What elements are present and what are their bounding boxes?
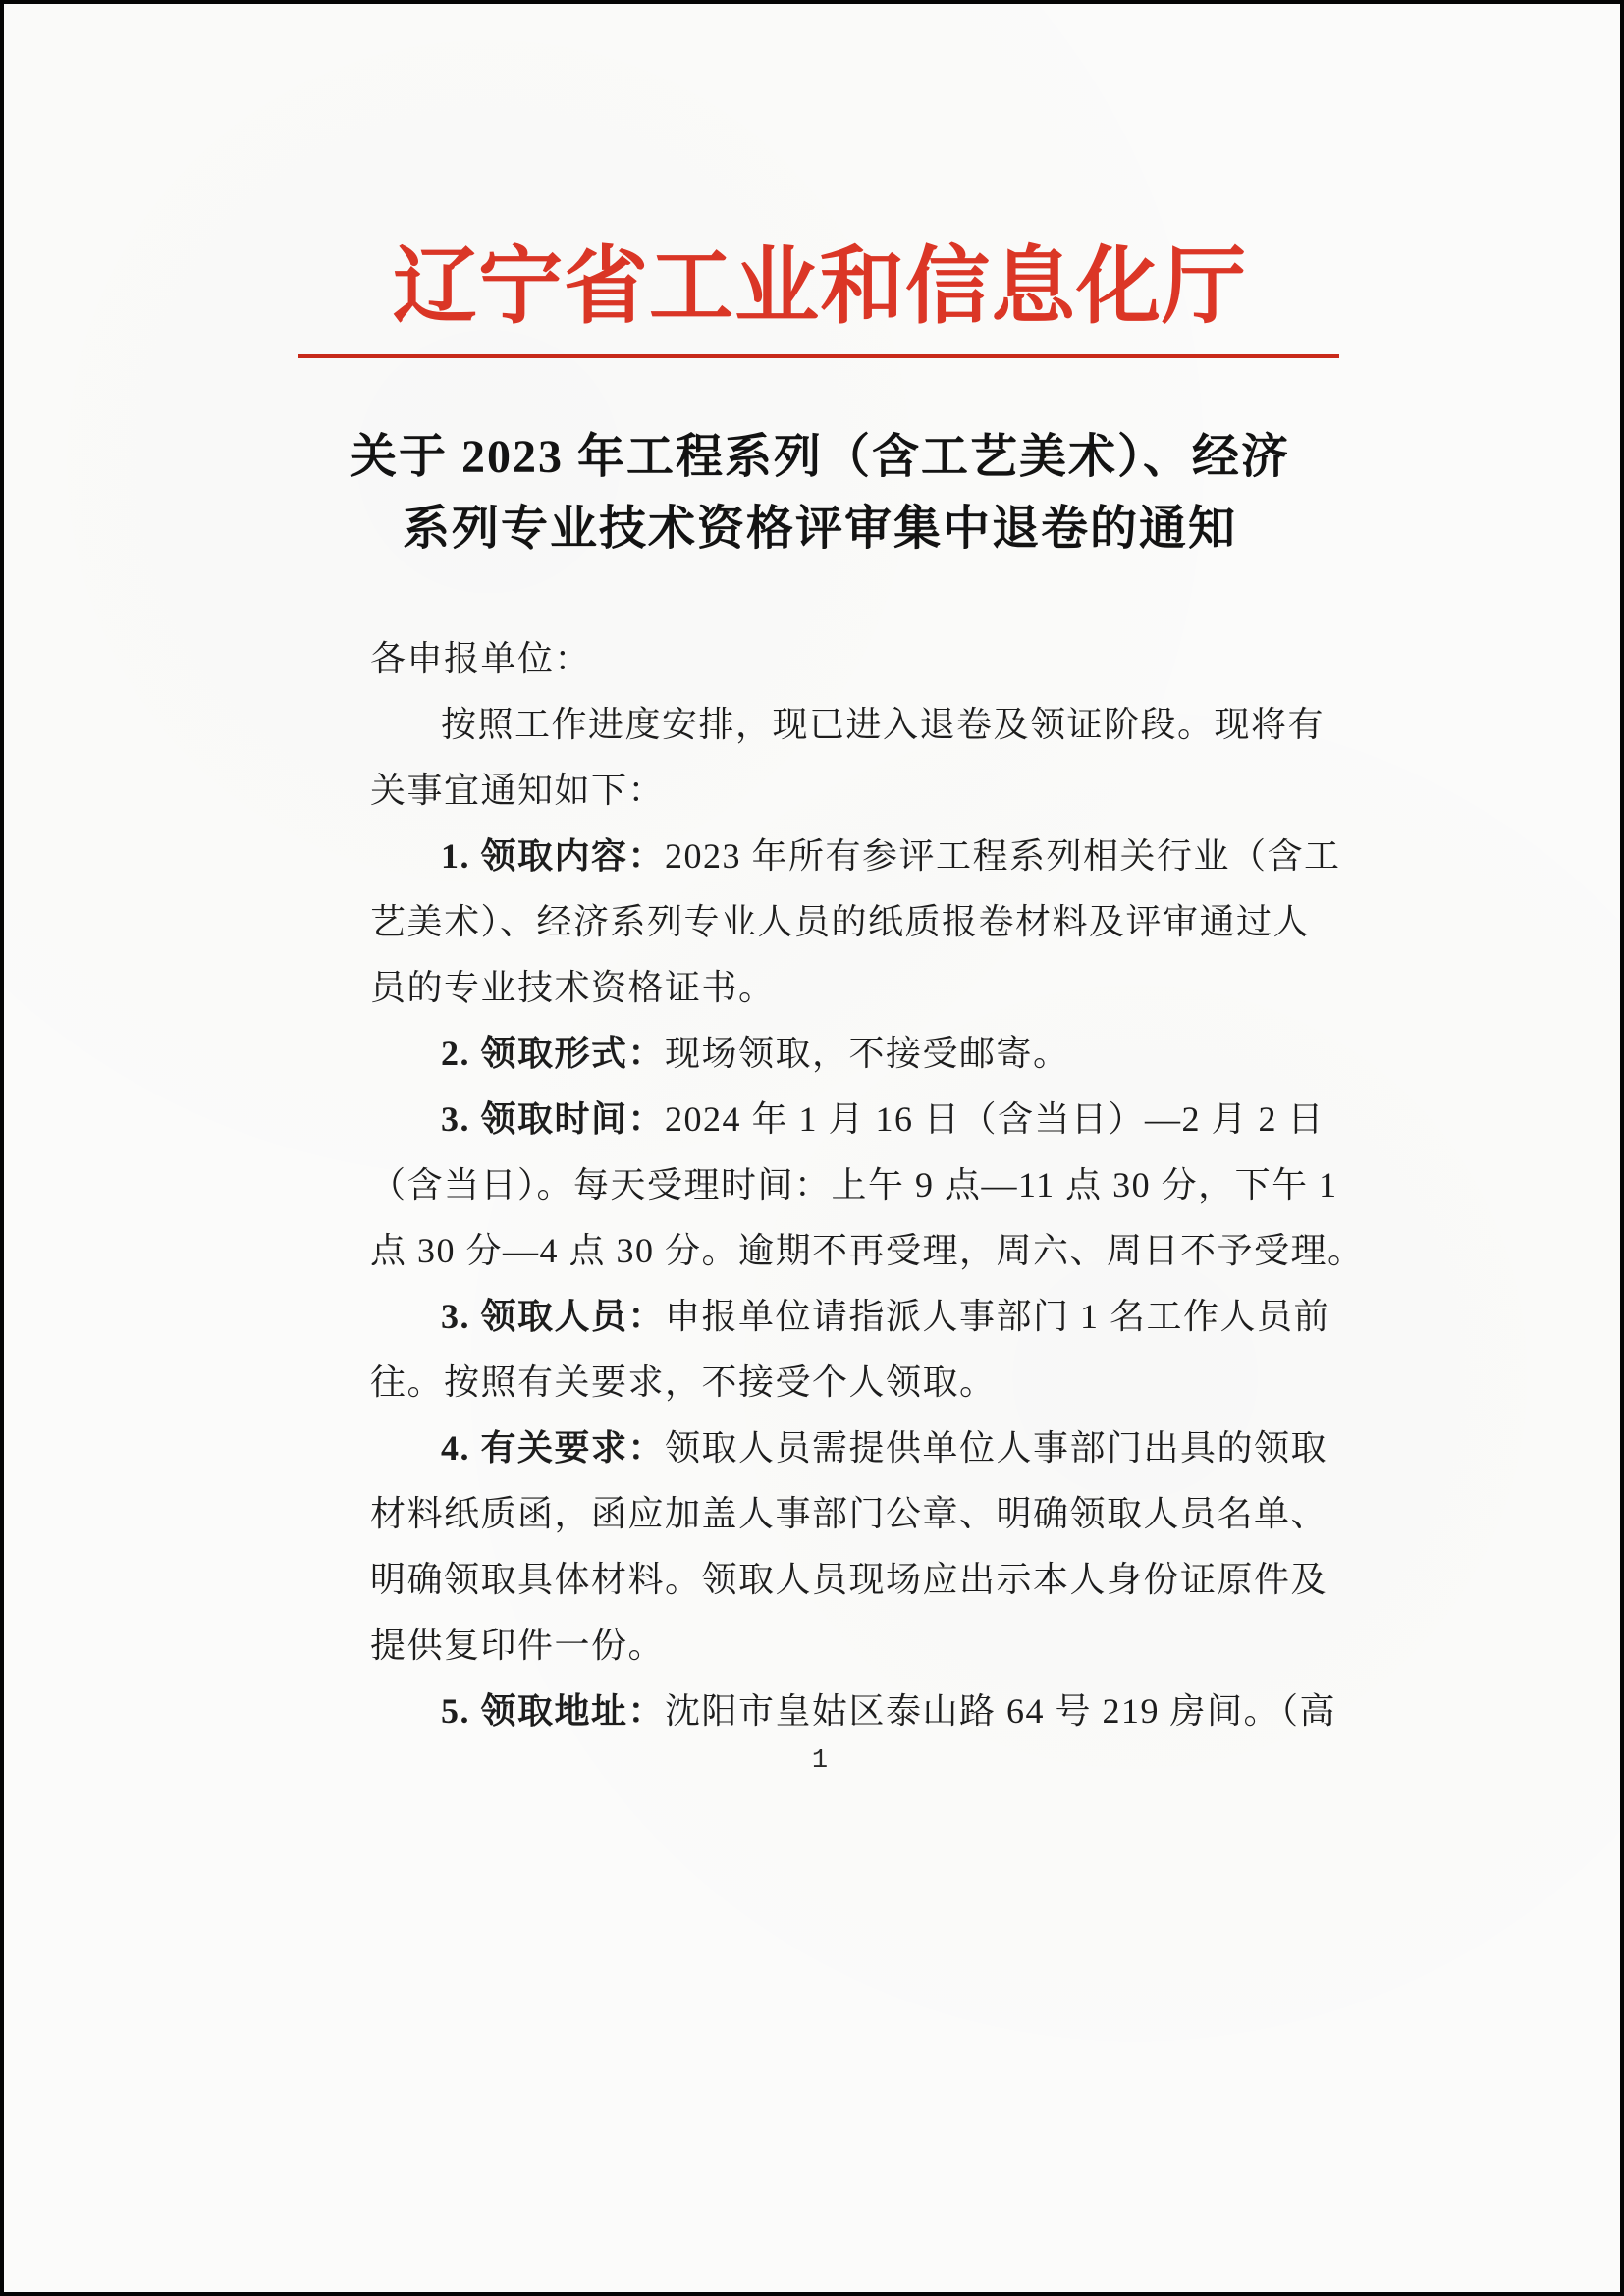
body-line: 往。按照有关要求，不接受个人领取。 (370, 1350, 1297, 1415)
body-line-label: 2. 领取形式： (441, 1034, 665, 1073)
body-line-text: 材料纸质函，函应加盖人事部门公章、明确领取人员名单、 (370, 1494, 1327, 1533)
body-line: 4. 有关要求：领取人员需提供单位人事部门出具的领取 (370, 1415, 1297, 1481)
body-line-text: 沈阳市皇姑区泰山路 64 号 219 房间。（高 (665, 1691, 1336, 1731)
body-line-text: 往。按照有关要求，不接受个人领取。 (370, 1362, 997, 1402)
body-line-text: 关事宜通知如下： (370, 771, 665, 810)
body-line-label: 1. 领取内容： (441, 836, 665, 876)
document-title-line2: 系列专业技术资格评审集中退卷的通知 (20, 493, 1620, 564)
agency-name: 辽宁省工业和信息化厅 (20, 238, 1620, 336)
body-line: 按照工作进度安排，现已进入退卷及领证阶段。现将有 (370, 692, 1297, 758)
body-line: 1. 领取内容：2023 年所有参评工程系列相关行业（含工 (370, 824, 1297, 889)
document-page: 辽宁省工业和信息化厅 关于 2023 年工程系列（含工艺美术）、经济 系列专业技… (0, 0, 1624, 2296)
body-line-text: 艺美术）、经济系列专业人员的纸质报卷材料及评审通过人 (370, 902, 1310, 941)
body-line-text: 点 30 分—4 点 30 分。逾期不再受理，周六、周日不予受理。 (370, 1231, 1365, 1270)
body-line: 5. 领取地址：沈阳市皇姑区泰山路 64 号 219 房间。（高 (370, 1679, 1297, 1744)
body-line: 点 30 分—4 点 30 分。逾期不再受理，周六、周日不予受理。 (370, 1218, 1297, 1284)
body-line-text: 按照工作进度安排，现已进入退卷及领证阶段。现将有 (441, 705, 1325, 744)
body-line: 2. 领取形式：现场领取，不接受邮寄。 (370, 1021, 1297, 1087)
body-line: 各申报单位： (370, 626, 1297, 692)
body-line-text: 2024 年 1 月 16 日（含当日）—2 月 2 日 (665, 1099, 1325, 1139)
body-line-text: 明确领取具体材料。领取人员现场应出示本人身份证原件及 (370, 1560, 1327, 1599)
body-line-label: 5. 领取地址： (441, 1691, 665, 1731)
body-line-label: 3. 领取时间： (441, 1099, 665, 1139)
document-body: 各申报单位：按照工作进度安排，现已进入退卷及领证阶段。现将有关事宜通知如下：1.… (370, 626, 1297, 1744)
body-line-text: 员的专业技术资格证书。 (370, 968, 776, 1007)
body-line: 材料纸质函，函应加盖人事部门公章、明确领取人员名单、 (370, 1481, 1297, 1547)
body-line: 员的专业技术资格证书。 (370, 955, 1297, 1021)
body-line-text: 领取人员需提供单位人事部门出具的领取 (665, 1428, 1327, 1468)
body-line-label: 3. 领取人员： (441, 1297, 665, 1336)
body-line-text: 提供复印件一份。 (370, 1626, 665, 1665)
body-line: 3. 领取时间：2024 年 1 月 16 日（含当日）—2 月 2 日 (370, 1087, 1297, 1152)
body-line-label: 4. 有关要求： (441, 1428, 665, 1468)
body-line: 3. 领取人员：申报单位请指派人事部门 1 名工作人员前 (370, 1284, 1297, 1350)
body-line: 明确领取具体材料。领取人员现场应出示本人身份证原件及 (370, 1547, 1297, 1613)
body-line-text: 现场领取，不接受邮寄。 (665, 1034, 1070, 1073)
document-title: 关于 2023 年工程系列（含工艺美术）、经济 系列专业技术资格评审集中退卷的通… (20, 421, 1620, 564)
body-line: 艺美术）、经济系列专业人员的纸质报卷材料及评审通过人 (370, 889, 1297, 955)
body-line-text: 2023 年所有参评工程系列相关行业（含工 (665, 836, 1341, 876)
body-line: 关事宜通知如下： (370, 758, 1297, 824)
body-line-text: 各申报单位： (370, 639, 591, 678)
body-line: （含当日）。每天受理时间：上午 9 点—11 点 30 分，下午 1 (370, 1152, 1297, 1218)
body-line-text: （含当日）。每天受理时间：上午 9 点—11 点 30 分，下午 1 (370, 1165, 1338, 1204)
body-line-text: 申报单位请指派人事部门 1 名工作人员前 (665, 1297, 1330, 1336)
header-divider (298, 354, 1339, 358)
body-line: 提供复印件一份。 (370, 1613, 1297, 1679)
document-title-line1: 关于 2023 年工程系列（含工艺美术）、经济 (20, 421, 1620, 493)
page-number: 1 (20, 1743, 1620, 1779)
